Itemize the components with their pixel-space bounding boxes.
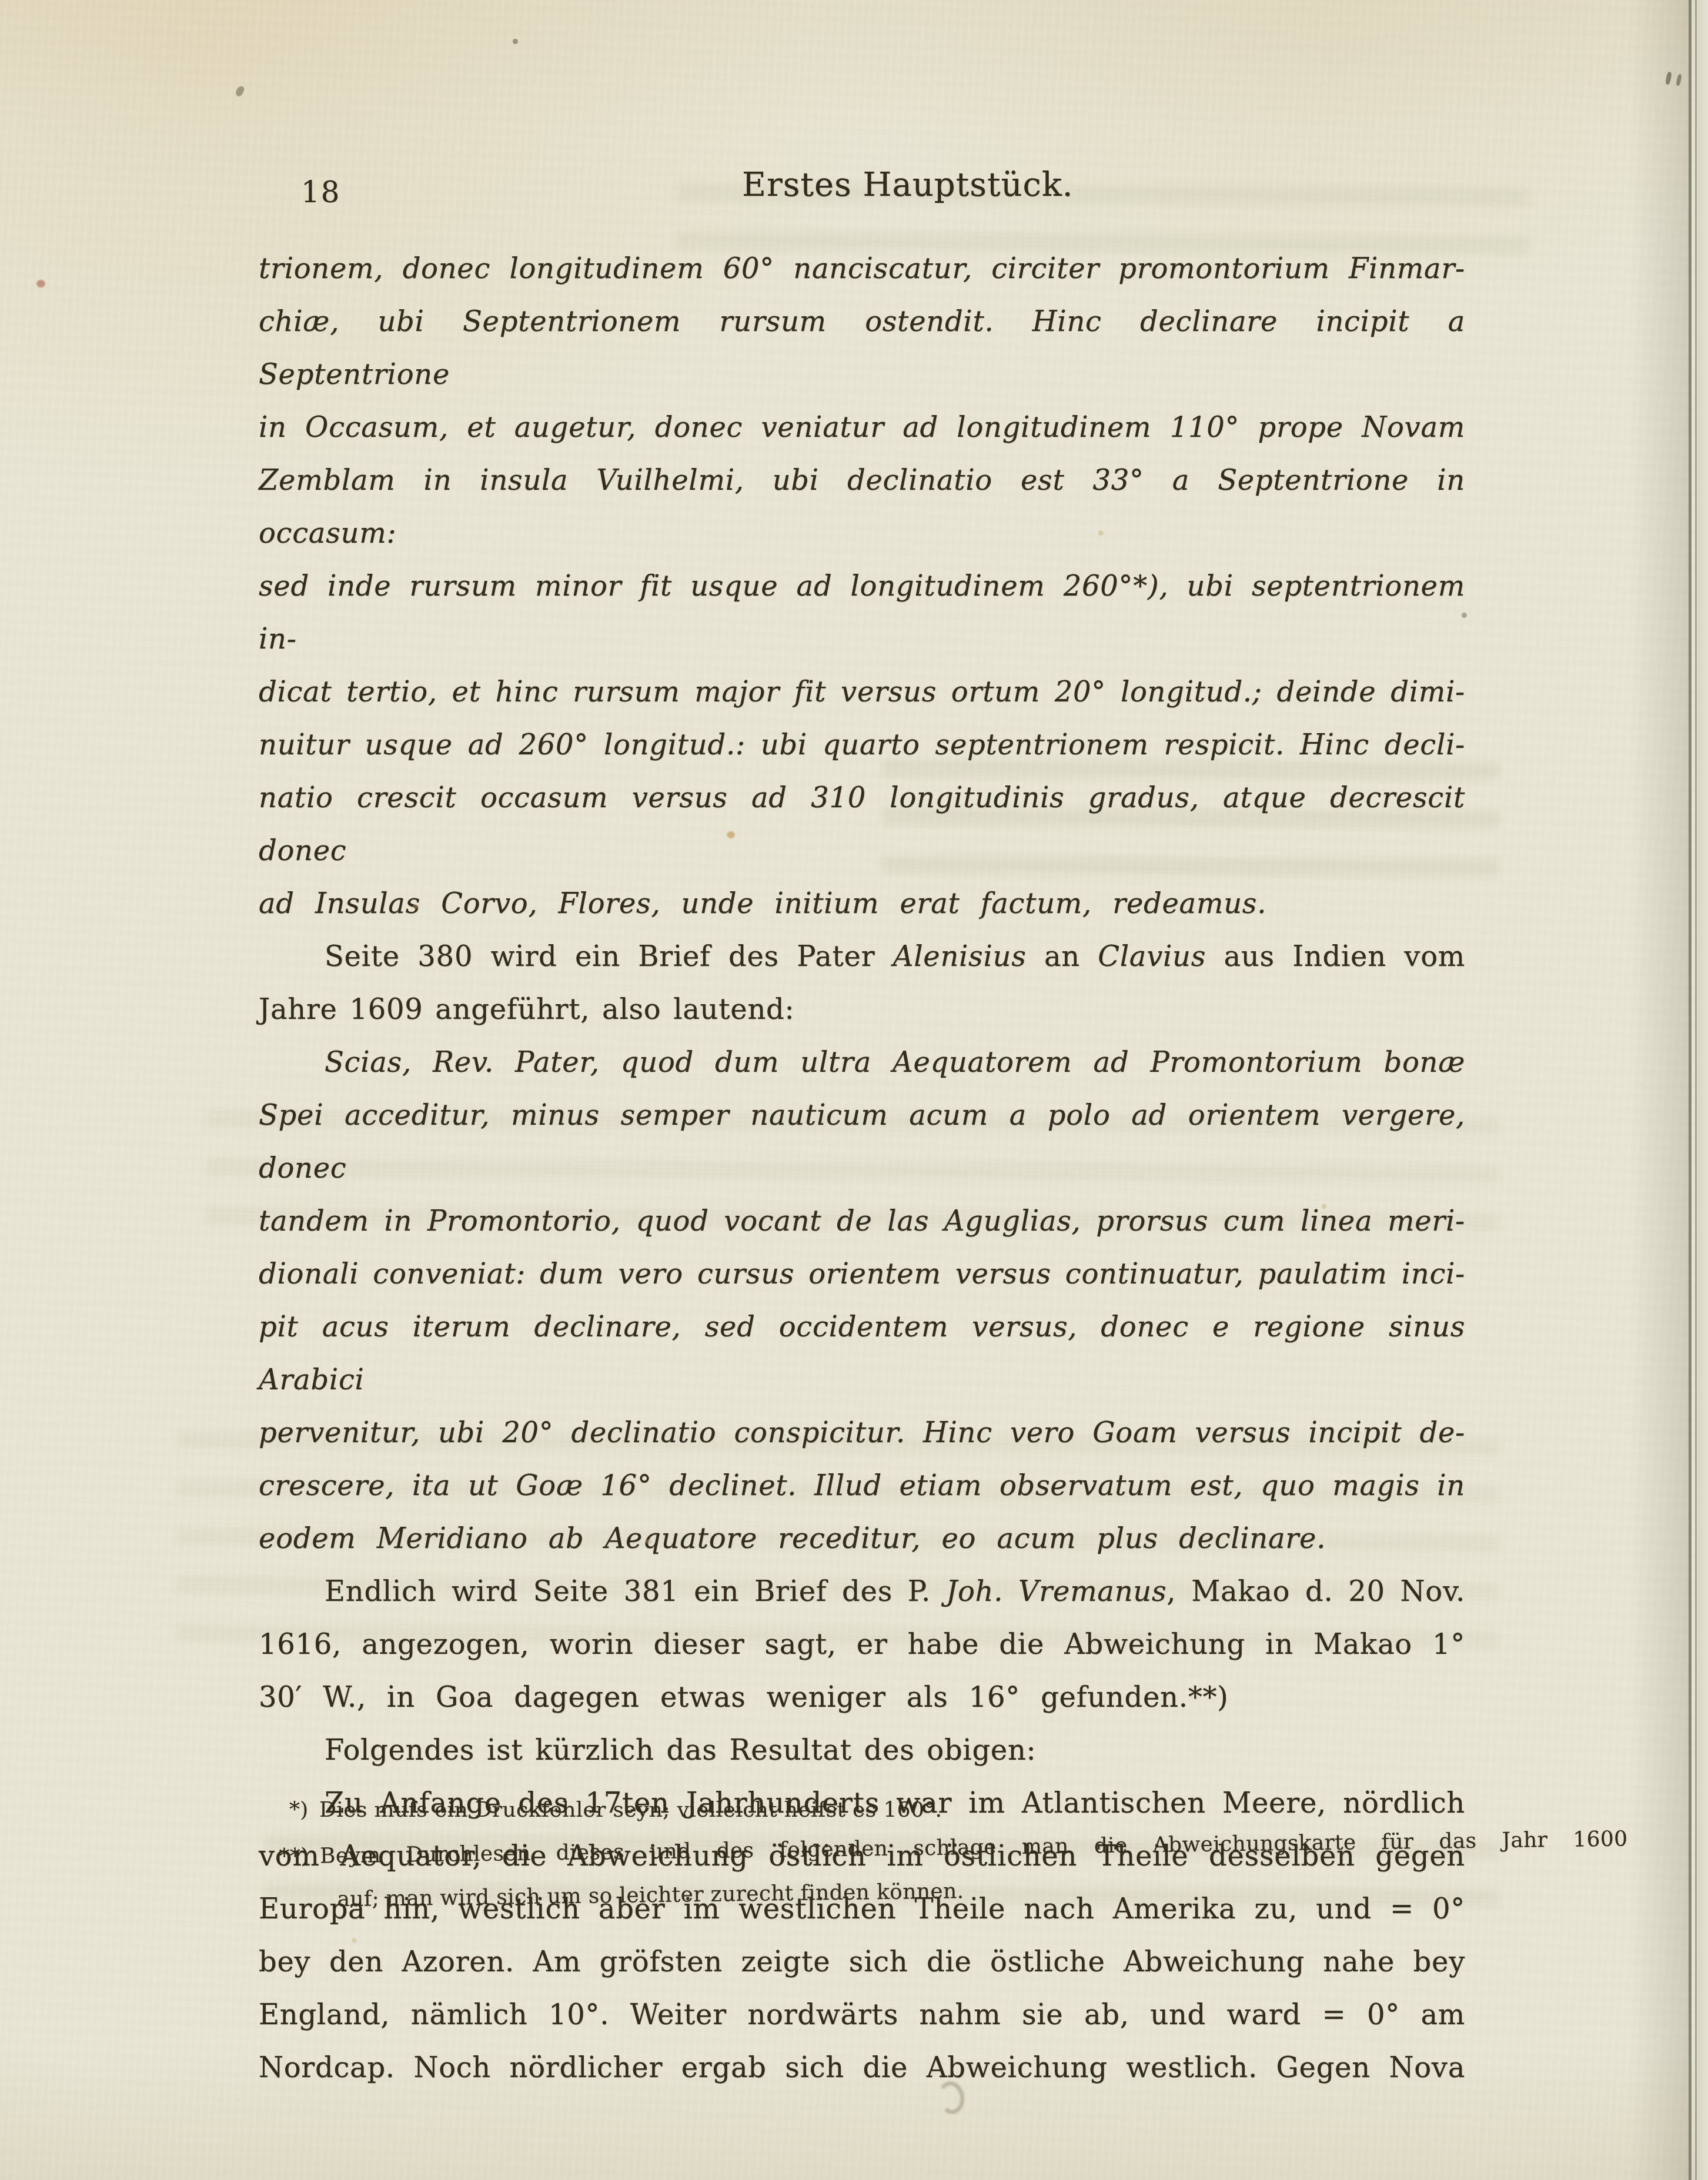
paragraph: Endlich wird Seite 381 ein Brief des P. …	[259, 1565, 1465, 1724]
paragraph: Folgendes ist kürzlich das Resultat des …	[259, 1724, 1465, 1777]
text-run: Scias, Rev. Pater, quod dum ultra Aequat…	[325, 1046, 1465, 1079]
text-run: in Occasum, et augetur, donec veniatur a…	[259, 411, 1465, 444]
adjacent-page-edge	[1697, 0, 1708, 2180]
text-line: sed inde rursum minor fit usque ad longi…	[259, 560, 1465, 666]
text-run: dionali conveniat: dum vero cursus orien…	[259, 1258, 1465, 1290]
text-run: Jahre 1609 angeführt, also lautend:	[259, 993, 794, 1026]
text-run: crescere, ita ut Goæ 16° declinet. Illud…	[259, 1469, 1465, 1502]
text-run: Joh. Vremanus	[946, 1575, 1166, 1608]
text-line: bey den Azoren. Am gröfsten zeigte sich …	[259, 1935, 1465, 1988]
ink-speck	[1665, 71, 1672, 85]
text-run: trionem, donec longitudinem 60° nancisca…	[259, 252, 1465, 285]
text-line: ad Insulas Corvo, Flores, unde initium e…	[259, 877, 1465, 930]
text-line: Endlich wird Seite 381 ein Brief des P. …	[259, 1565, 1465, 1618]
text-line: in Occasum, et augetur, donec veniatur a…	[259, 401, 1465, 454]
text-run: , Makao d. 20 Nov.	[1166, 1575, 1465, 1608]
paragraph: Scias, Rev. Pater, quod dum ultra Aequat…	[259, 1036, 1465, 1565]
text-line: natio crescit occasum versus ad 310 long…	[259, 771, 1465, 877]
text-line: pit acus iterum declinare, sed occidente…	[259, 1300, 1465, 1406]
text-run: England, nämlich 10°. Weiter nordwärts n…	[259, 1998, 1465, 2031]
page-edge-shadow	[1629, 0, 1690, 2180]
text-run: Endlich wird Seite 381 ein Brief des P.	[325, 1575, 946, 1608]
ink-speck	[1676, 73, 1682, 86]
text-run: nuitur usque ad 260° longitud.: ubi quar…	[259, 728, 1465, 761]
text-line: nuitur usque ad 260° longitud.: ubi quar…	[259, 718, 1465, 771]
book-page-scan: { "colors": { "paper": "#e8e5d4", "ink":…	[0, 0, 1708, 2180]
text-run: Seite 380 wird ein Brief des Pater	[325, 940, 893, 973]
text-run: Clavius	[1098, 940, 1206, 973]
text-line: pervenitur, ubi 20° declinatio conspicit…	[259, 1406, 1465, 1459]
text-line: crescere, ita ut Goæ 16° declinet. Illud…	[259, 1459, 1465, 1512]
text-line: Scias, Rev. Pater, quod dum ultra Aequat…	[259, 1036, 1465, 1089]
text-run: Nordcap. Noch nördlicher ergab sich die …	[259, 2051, 1465, 2084]
text-line: dionali conveniat: dum vero cursus orien…	[259, 1248, 1465, 1300]
text-run: dicat tertio, et hinc rursum major fit v…	[259, 676, 1465, 708]
text-line: tandem in Promontorio, quod vocant de la…	[259, 1195, 1465, 1248]
text-line: trionem, donec longitudinem 60° nancisca…	[259, 242, 1465, 295]
ink-speck	[235, 85, 245, 97]
text-line: chiæ, ubi Septentrionem rursum ostendit.…	[259, 295, 1465, 401]
text-run: sed inde rursum minor fit usque ad longi…	[259, 570, 1465, 656]
text-run: 1616, angezogen, worin dieser sagt, er h…	[259, 1628, 1465, 1661]
text-line: Zemblam in insula Vuilhelmi, ubi declina…	[259, 454, 1465, 560]
text-line: Folgendes ist kürzlich das Resultat des …	[259, 1724, 1465, 1777]
page-edge-line	[1689, 0, 1692, 2180]
text-run: pit acus iterum declinare, sed occidente…	[259, 1310, 1465, 1396]
paragraph: Seite 380 wird ein Brief des Pater Aleni…	[259, 930, 1465, 1036]
text-run: eodem Meridiano ab Aequatore receditur, …	[259, 1522, 1326, 1555]
text-run: pervenitur, ubi 20° declinatio conspicit…	[259, 1416, 1465, 1449]
text-run: Alenisius	[893, 940, 1027, 973]
text-run: ad Insulas Corvo, Flores, unde initium e…	[259, 887, 1266, 920]
text-run: *) Dies mufs ein Druckfehler seyn; viell…	[289, 1798, 942, 1822]
text-line: Nordcap. Noch nördlicher ergab sich die …	[259, 2041, 1465, 2094]
text-line: 1616, angezogen, worin dieser sagt, er h…	[259, 1618, 1465, 1671]
text-run: Folgendes ist kürzlich das Resultat des …	[325, 1734, 1037, 1767]
text-run: bey den Azoren. Am gröfsten zeigte sich …	[259, 1945, 1465, 1978]
paragraph: **) Beym Durchlesen dieses und des folge…	[258, 1818, 1629, 1922]
text-line: England, nämlich 10°. Weiter nordwärts n…	[259, 1988, 1465, 2041]
footnotes: *) Dies mufs ein Druckfehler seyn; viell…	[259, 1788, 1629, 1922]
text-line: Spei acceditur, minus semper nauticum ac…	[259, 1089, 1465, 1195]
text-line: 30′ W., in Goa dagegen etwas weniger als…	[259, 1671, 1465, 1724]
text-run: aus Indien vom	[1206, 940, 1465, 973]
paragraph: trionem, donec longitudinem 60° nancisca…	[259, 242, 1465, 930]
text-line: eodem Meridiano ab Aequatore receditur, …	[259, 1512, 1465, 1565]
text-line: dicat tertio, et hinc rursum major fit v…	[259, 666, 1465, 718]
text-run: auf; man wird sich um so leichter zurech…	[337, 1879, 964, 1911]
page-number: 18	[301, 175, 341, 209]
text-line: Jahre 1609 angeführt, also lautend:	[259, 983, 1465, 1036]
text-run: Zemblam in insula Vuilhelmi, ubi declina…	[259, 464, 1465, 550]
text-run: natio crescit occasum versus ad 310 long…	[259, 781, 1465, 867]
text-run: Spei acceditur, minus semper nauticum ac…	[259, 1099, 1465, 1185]
text-run: tandem in Promontorio, quod vocant de la…	[259, 1205, 1465, 1238]
text-run: **) Beym Durchlesen dieses und des folge…	[279, 1827, 1627, 1869]
foxing-speck	[36, 280, 45, 287]
text-run: 30′ W., in Goa dagegen etwas weniger als…	[259, 1681, 1229, 1714]
text-run: an	[1027, 940, 1098, 973]
ink-speck	[513, 39, 518, 44]
text-line: Seite 380 wird ein Brief des Pater Aleni…	[259, 930, 1465, 983]
text-run: chiæ, ubi Septentrionem rursum ostendit.…	[259, 305, 1465, 391]
page-edge-line	[1695, 0, 1697, 2180]
running-header: Erstes Hauptstück.	[742, 166, 1074, 204]
